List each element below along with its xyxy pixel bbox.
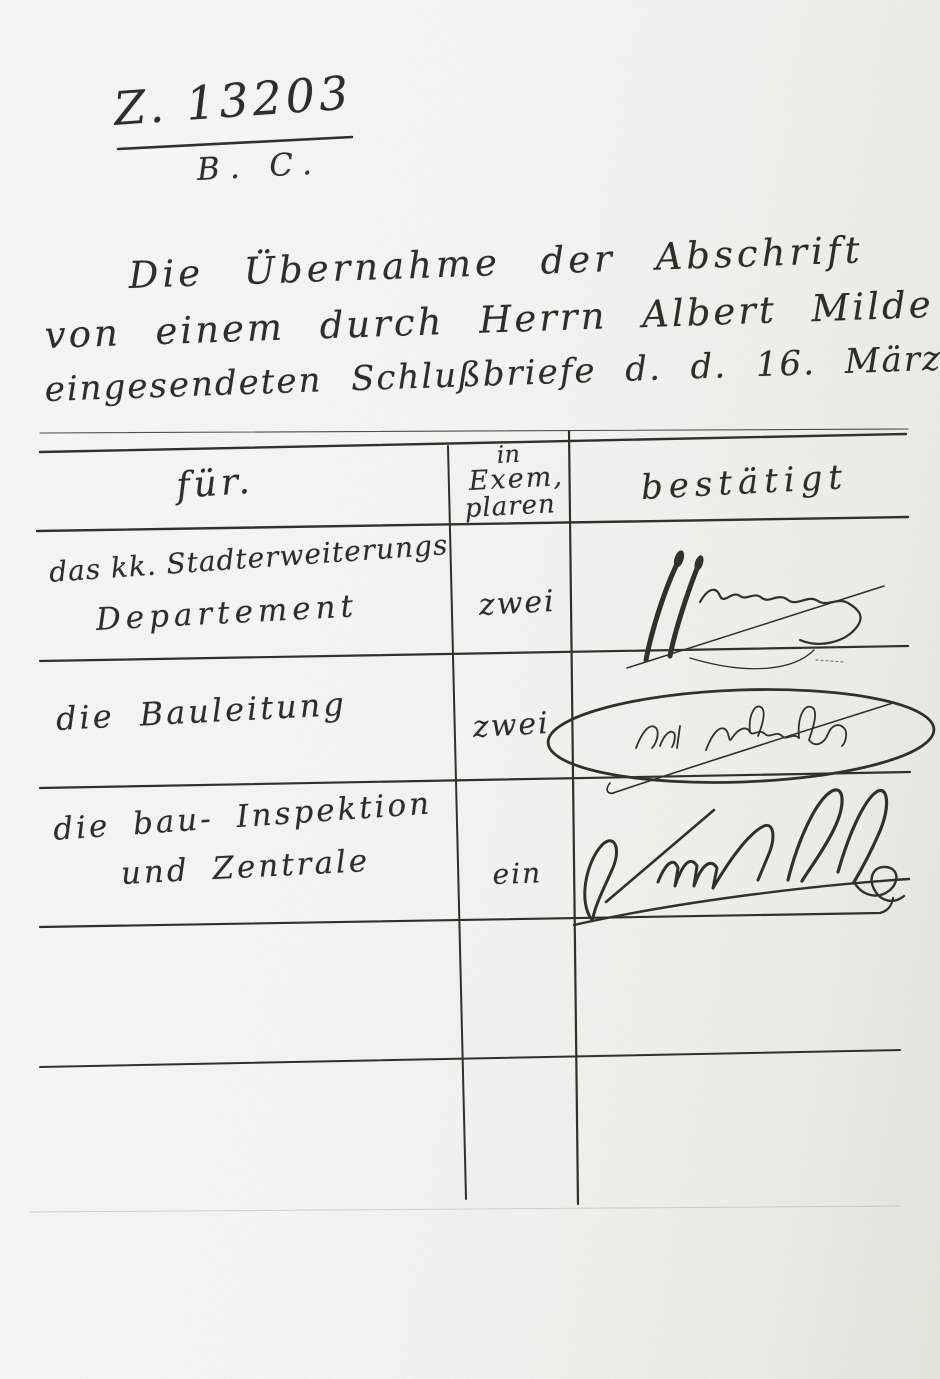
scanned-document-page: Z. 13203 B. C. Die Übernahme der Abschri…: [0, 0, 940, 1379]
row3-fuer-line1: die bau- Inspektion: [52, 786, 433, 848]
row1-fuer-line2: Departement: [95, 588, 359, 638]
row1-fuer-line1: das kk. Stadterweiterungs: [48, 528, 449, 589]
row3-fuer-line2: und Zentrale: [120, 843, 371, 892]
table-rule-top: [40, 434, 906, 452]
table-rule-row1-bottom: [40, 646, 908, 661]
column-header-bestaetigt: bestätigt: [640, 457, 849, 508]
reference-number: Z. 13203: [112, 65, 354, 136]
row2-fuer-line1: die Bauleitung: [55, 685, 348, 738]
table-rule-vertical-right: [569, 431, 578, 1204]
row1-exemplare: zwei: [478, 584, 557, 623]
reference-office: B. C.: [196, 145, 323, 187]
column-header-fuer: für.: [175, 461, 255, 507]
column-header-exemplare-line3: plaren: [464, 489, 556, 524]
signature-row1: [627, 549, 884, 669]
row2-exemplare: zwei: [472, 706, 551, 745]
row3-exemplare: ein: [492, 856, 543, 891]
table-rule-faint-bottom: [30, 1206, 900, 1212]
table-rule-top-thin: [40, 429, 908, 433]
paper-texture: [0, 0, 940, 1379]
table-rule-row2-bottom: [40, 772, 910, 788]
signature-row3: [574, 790, 909, 925]
table-rule-row3-bottom: [40, 898, 893, 927]
signature-row2: [547, 683, 936, 793]
table-rule-vertical-left: [448, 446, 466, 1199]
body-line-1: Die Übernahme der Abschrift: [128, 228, 864, 297]
table-rule-mid: [40, 1050, 900, 1067]
signature-oval: [547, 683, 936, 788]
